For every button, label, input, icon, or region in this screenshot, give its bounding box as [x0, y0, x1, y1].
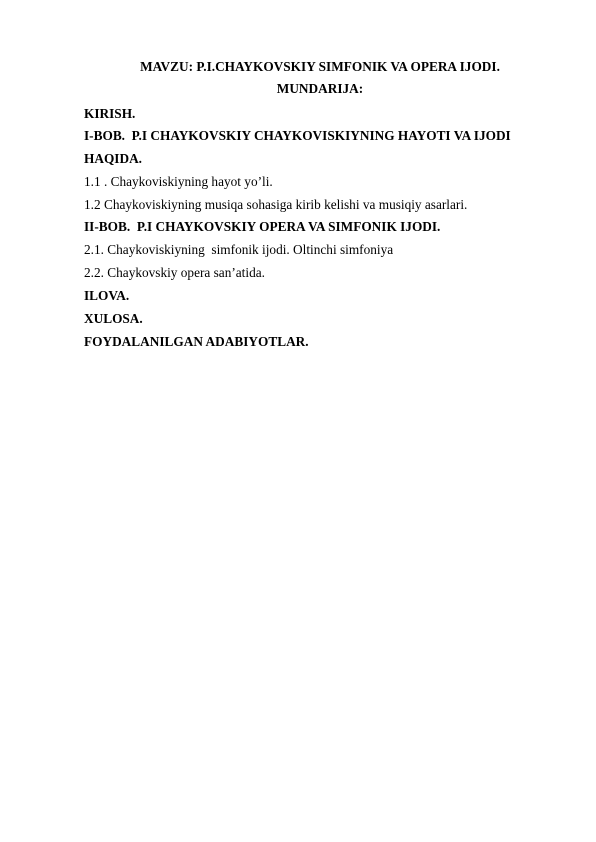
- toc-item-1-1: 1.1 . Chaykoviskiyning hayot yo’li.: [84, 174, 273, 190]
- document-title: MAVZU: P.I.CHAYKOVSKIY SIMFONIK VA OPERA…: [0, 59, 596, 75]
- toc-item-xulosa: XULOSA.: [84, 311, 143, 327]
- document-page: MAVZU: P.I.CHAYKOVSKIY SIMFONIK VA OPERA…: [0, 0, 596, 842]
- toc-item-chapter-1-cont: HAQIDA.: [84, 151, 142, 167]
- toc-item-2-1: 2.1. Chaykoviskiyning simfonik ijodi. Ol…: [84, 242, 393, 258]
- toc-item-1-2: 1.2 Chaykoviskiyning musiqa sohasiga kir…: [84, 197, 467, 213]
- toc-heading: MUNDARIJA:: [0, 81, 596, 97]
- toc-item-adabiyotlar: FOYDALANILGAN ADABIYOTLAR.: [84, 334, 309, 350]
- toc-item-2-2: 2.2. Chaykovskiy opera san’atida.: [84, 265, 265, 281]
- toc-item-kirish: KIRISH.: [84, 106, 135, 122]
- toc-item-chapter-1: I-BOB. P.I CHAYKOVSKIY CHAYKOVISKIYNING …: [84, 128, 511, 144]
- toc-item-chapter-2: II-BOB. P.I CHAYKOVSKIY OPERA VA SIMFONI…: [84, 219, 440, 235]
- toc-item-ilova: ILOVA.: [84, 288, 129, 304]
